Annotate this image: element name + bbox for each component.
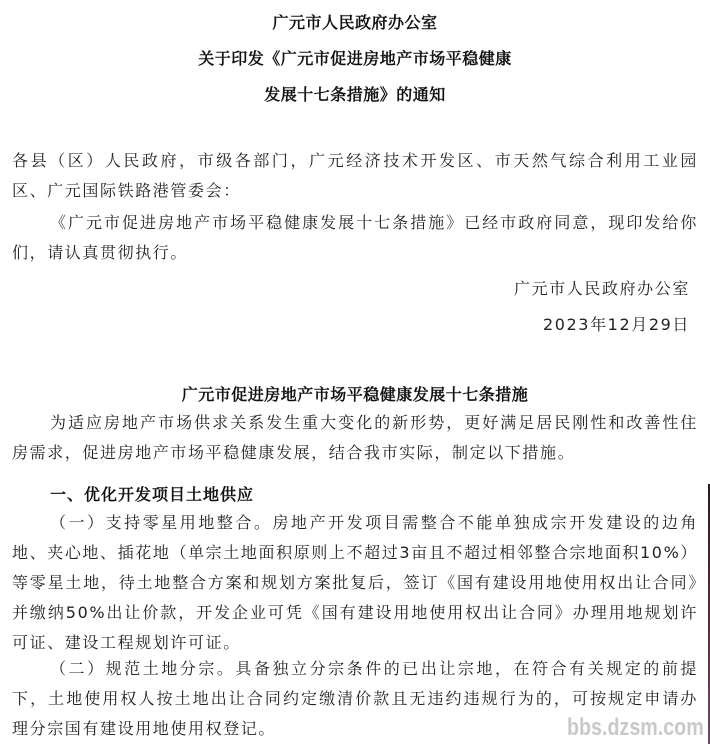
addressees-paragraph: 各县（区）人民政府，市级各部门，广元经济技术开发区、市天然气综合利用工业园区、广… bbox=[12, 146, 698, 206]
signature-date: 2023年12月29日 bbox=[543, 312, 690, 335]
notice-title-line-2: 发展十七条措施》的通知 bbox=[0, 82, 710, 105]
signature-issuer: 广元市人民政府办公室 bbox=[514, 276, 690, 299]
section-heading-1: 一、优化开发项目土地供应 bbox=[50, 482, 254, 505]
site-watermark: bbs.dzsm.com bbox=[567, 714, 704, 742]
notice-title-line-1: 关于印发《广元市促进房地产市场平稳健康 bbox=[0, 46, 710, 69]
issuer-title: 广元市人民政府办公室 bbox=[0, 10, 710, 33]
notice-body-paragraph: 《广元市促进房地产市场平稳健康发展十七条措施》已经市政府同意，现印发给你们，请认… bbox=[12, 208, 698, 268]
measure-item-1: （一）支持零星用地整合。房地产开发项目需整合不能单独成宗开发建设的边角地、夹心地… bbox=[12, 508, 698, 658]
document-page: 广元市人民政府办公室 关于印发《广元市促进房地产市场平稳健康 发展十七条措施》的… bbox=[0, 0, 710, 744]
measures-title: 广元市促进房地产市场平稳健康发展十七条措施 bbox=[0, 382, 710, 405]
measures-preamble: 为适应房地产市场供求关系发生重大变化的新形势，更好满足居民刚性和改善性住房需求，… bbox=[12, 408, 698, 468]
